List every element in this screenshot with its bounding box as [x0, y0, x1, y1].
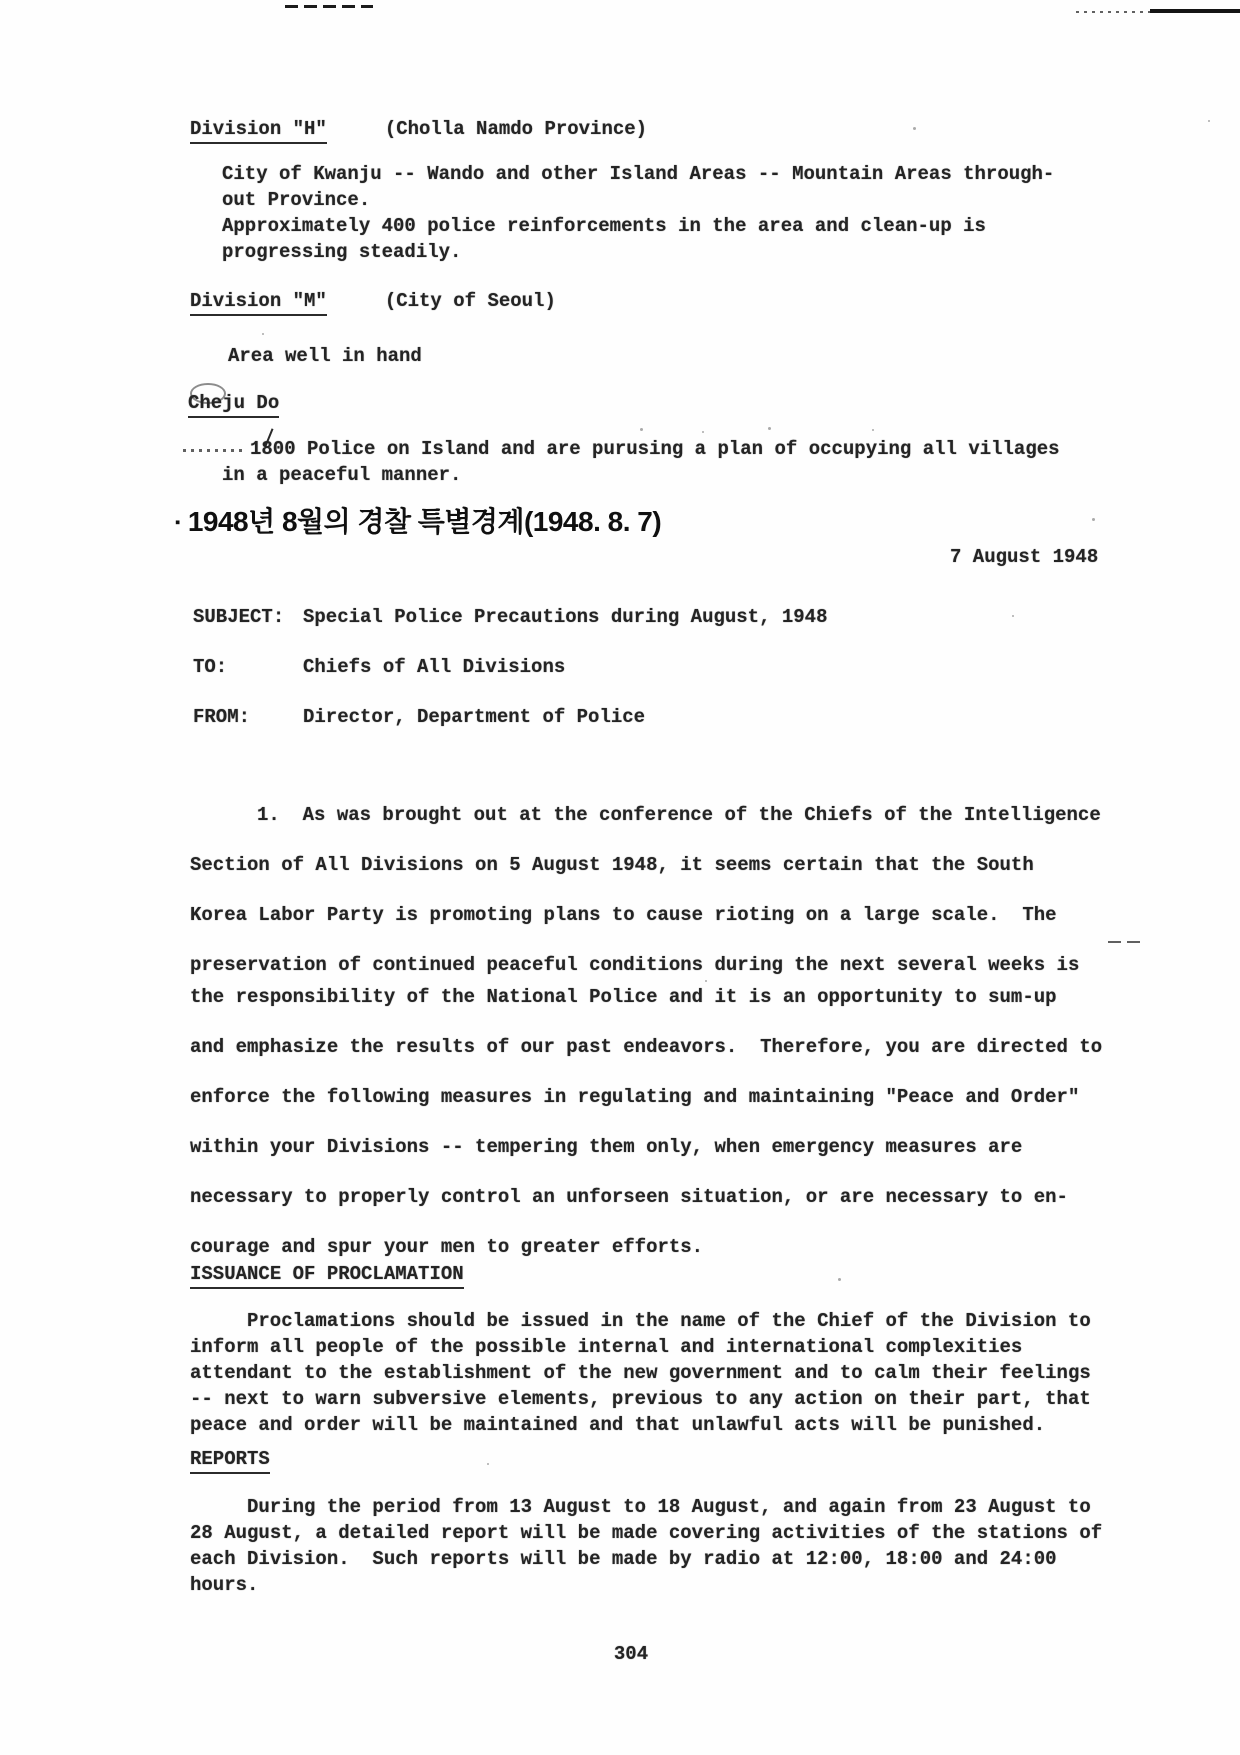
to-label: TO: [193, 656, 303, 678]
memo-from-row: FROM:Director, Department of Police [193, 706, 645, 728]
text-line: Area well in hand [228, 343, 422, 369]
text-line: progressing steadily. [222, 239, 1054, 265]
scan-speck [838, 1278, 841, 1281]
text-line: the responsibility of the National Polic… [190, 972, 1102, 1022]
scan-speck [487, 1463, 489, 1465]
section-heading: REPORTS [190, 1448, 270, 1474]
reports-heading-row: REPORTS [190, 1448, 270, 1474]
section-subtitle: (City of Seoul) [385, 290, 556, 312]
memo-to-row: TO:Chiefs of All Divisions [193, 656, 565, 678]
text-line: peace and order will be maintained and t… [190, 1412, 1091, 1438]
section-heading: Division "M" [190, 290, 327, 316]
scan-speck [702, 431, 704, 433]
section-division-m-heading-row: Division "M"(City of Seoul) [190, 290, 556, 316]
subject-label: SUBJECT: [193, 606, 303, 628]
section-cheju-body: 1800 Police on Island and are purusing a… [222, 436, 1060, 488]
text-line: During the period from 13 August to 18 A… [247, 1494, 1102, 1520]
scan-speck [1012, 615, 1014, 617]
text-line: each Division. Such reports will be made… [190, 1546, 1102, 1572]
body-paragraph-1: 1. As was brought out at the conference … [190, 790, 1102, 1272]
text-line: -- next to warn subversive elements, pre… [190, 1386, 1091, 1412]
text-line: necessary to properly control an unforse… [190, 1172, 1102, 1222]
text-line: Section of All Divisions on 5 August 194… [190, 840, 1102, 890]
text-line: and emphasize the results of our past en… [190, 1022, 1102, 1072]
scan-speck [872, 429, 874, 431]
section-heading: Cheju Do [188, 392, 279, 418]
document-page: Division "H"(Cholla Namdo Province) City… [0, 0, 1240, 1755]
section-subtitle: (Cholla Namdo Province) [385, 118, 647, 140]
scan-speck [1092, 518, 1095, 521]
from-value: Director, Department of Police [303, 706, 645, 728]
text-line: hours. [190, 1572, 1102, 1598]
to-value: Chiefs of All Divisions [303, 656, 565, 678]
scan-speck [262, 333, 264, 335]
scan-speck [705, 980, 707, 982]
text-line: Proclamations should be issued in the na… [247, 1308, 1091, 1334]
text-line: 1800 Police on Island and are purusing a… [250, 436, 1060, 462]
text-line: City of Kwanju -- Wando and other Island… [222, 161, 1054, 187]
text-line: Approximately 400 police reinforcements … [222, 213, 1054, 239]
text-line: 1. As was brought out at the conference … [257, 790, 1102, 840]
scan-artifact-top-right-line [1150, 9, 1240, 13]
text-line: enforce the following measures in regula… [190, 1072, 1102, 1122]
scan-speck [1208, 120, 1210, 122]
text-line: in a peaceful manner. [222, 462, 1060, 488]
text-line: Korea Labor Party is promoting plans to … [190, 890, 1102, 940]
text-line: out Province. [222, 187, 1054, 213]
text-line: inform all people of the possible intern… [190, 1334, 1091, 1360]
from-label: FROM: [193, 706, 303, 728]
section-heading: ISSUANCE OF PROCLAMATION [190, 1263, 464, 1289]
korean-book-heading: ▪1948년 8월의 경찰 특별경계(1948. 8. 7) [175, 500, 661, 540]
date-line: 7 August 1948 [950, 546, 1098, 568]
scan-artifact-dashes [1108, 941, 1144, 943]
scan-artifact-top-right-dots [1076, 11, 1150, 13]
section-division-h-heading-row: Division "H"(Cholla Namdo Province) [190, 118, 647, 144]
scan-speck [640, 428, 643, 431]
reports-body: During the period from 13 August to 18 A… [190, 1494, 1102, 1598]
issuance-heading-row: ISSUANCE OF PROCLAMATION [190, 1263, 464, 1289]
square-bullet-icon: ▪ [175, 514, 180, 531]
scan-artifact-top-left [285, 5, 373, 8]
text-line: 28 August, a detailed report will be mad… [190, 1520, 1102, 1546]
section-division-h-body: City of Kwanju -- Wando and other Island… [222, 161, 1054, 265]
korean-heading-text: 1948년 8월의 경찰 특별경계(1948. 8. 7) [188, 506, 661, 537]
text-line: attendant to the establishment of the ne… [190, 1360, 1091, 1386]
scan-speck [768, 427, 771, 430]
issuance-body: Proclamations should be issued in the na… [190, 1308, 1091, 1438]
text-line: within your Divisions -- tempering them … [190, 1122, 1102, 1172]
scan-speck [913, 127, 916, 130]
section-cheju-heading-row: Cheju Do [188, 392, 279, 418]
section-heading: Division "H" [190, 118, 327, 144]
section-division-m-body: Area well in hand [228, 343, 422, 369]
page-number: 304 [0, 1643, 1240, 1665]
memo-subject-row: SUBJECT:Special Police Precautions durin… [193, 606, 828, 628]
subject-value: Special Police Precautions during August… [303, 606, 828, 628]
